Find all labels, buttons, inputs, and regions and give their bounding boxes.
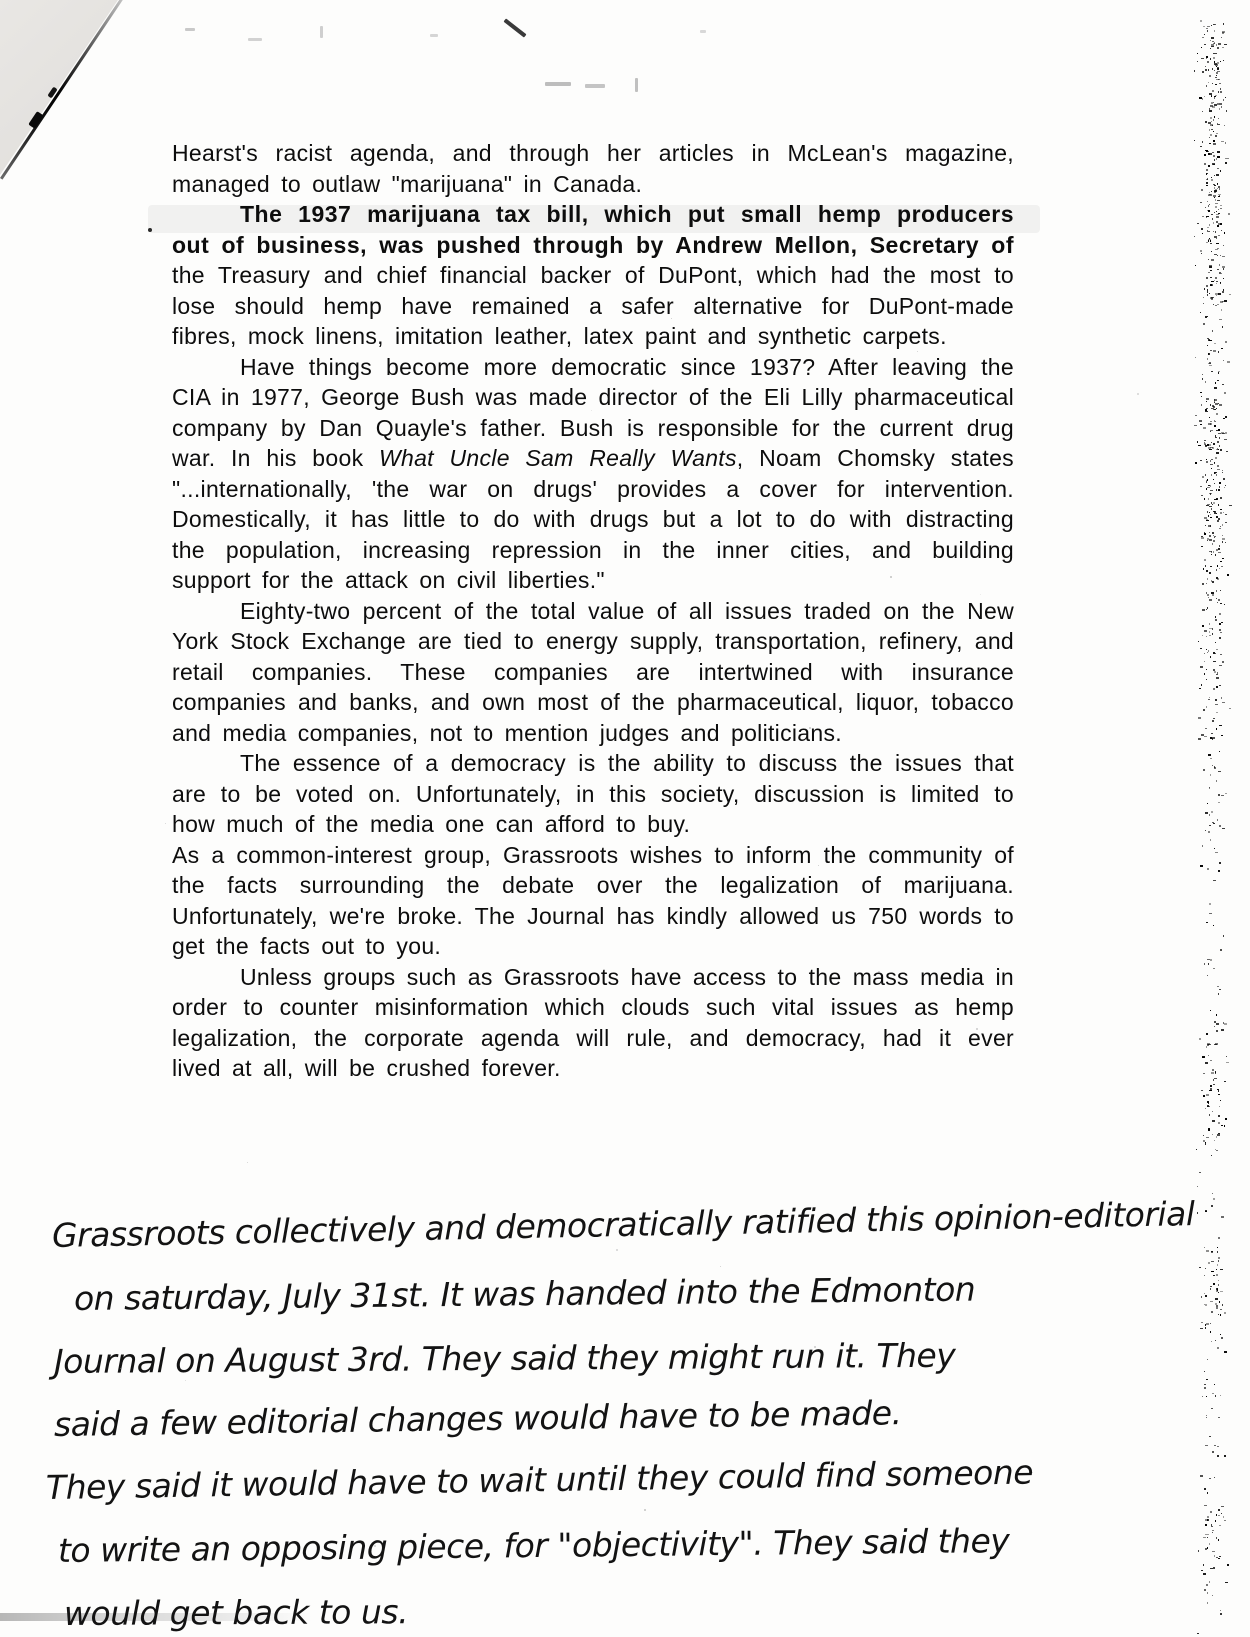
handwritten-line: would get back to us. bbox=[64, 1576, 1206, 1637]
typed-paragraph: The essence of a democracy is the abilit… bbox=[172, 748, 1014, 840]
typed-paragraph: Hearst's racist agenda, and through her … bbox=[172, 138, 1014, 199]
typed-text-segment: What Uncle Sam Really Wants bbox=[379, 445, 737, 471]
scan-dot bbox=[1032, 1472, 1033, 1473]
typed-paragraph: Eighty-two percent of the total value of… bbox=[172, 596, 1014, 749]
scan-dot bbox=[614, 696, 616, 698]
scan-dot bbox=[671, 318, 672, 319]
scan-dot bbox=[814, 1346, 816, 1348]
scan-smudge-mark bbox=[700, 30, 706, 33]
typed-paragraph: The 1937 marijuana tax bill, which put s… bbox=[172, 199, 1014, 352]
typed-text-segment: Hearst's racist agenda, and through her … bbox=[172, 140, 1014, 197]
typed-paragraph: Unless groups such as Grassroots have ac… bbox=[172, 962, 1014, 1084]
scan-smudge-mark bbox=[430, 34, 438, 37]
scan-crease-mark bbox=[504, 18, 527, 37]
scan-dot bbox=[890, 576, 892, 578]
scan-dot bbox=[165, 823, 166, 824]
scan-dot bbox=[976, 1028, 978, 1030]
handwritten-note: Grassroots collectively and democratical… bbox=[46, 1204, 1206, 1637]
typed-document: Hearst's racist agenda, and through her … bbox=[172, 138, 1014, 1084]
scan-smudge-mark bbox=[585, 84, 605, 88]
scan-dot bbox=[917, 351, 918, 352]
scan-dot bbox=[616, 1249, 618, 1251]
scan-dot bbox=[580, 276, 581, 277]
scan-dot bbox=[374, 1545, 376, 1547]
scan-dot bbox=[960, 925, 961, 926]
scanned-page: Hearst's racist agenda, and through her … bbox=[0, 0, 1250, 1637]
typed-text-segment: the Treasury and chief financial backer … bbox=[172, 262, 1014, 349]
scan-dot bbox=[185, 1380, 186, 1381]
scan-smudge-mark bbox=[320, 26, 323, 38]
typed-text-segment: The essence of a democracy is the abilit… bbox=[172, 750, 1014, 837]
scan-dot bbox=[382, 160, 383, 161]
scan-smudge-mark bbox=[545, 82, 571, 86]
scan-dot bbox=[120, 1368, 121, 1369]
scan-dot bbox=[720, 1266, 721, 1267]
scan-dot bbox=[452, 1288, 453, 1289]
handwritten-line: to write an opposing piece, for "objecti… bbox=[58, 1507, 1207, 1582]
scan-dot bbox=[878, 971, 880, 973]
typed-text-segment: The 1937 marijuana tax bill, which put s… bbox=[172, 201, 1014, 258]
scan-dot bbox=[148, 228, 152, 232]
scan-dot bbox=[809, 727, 811, 729]
typed-text-segment: As a common-interest group, Grassroots w… bbox=[172, 842, 1014, 960]
typed-text-segment: Eighty-two percent of the total value of… bbox=[172, 598, 1014, 746]
scan-dot bbox=[247, 1162, 248, 1163]
scan-smudge-mark bbox=[635, 78, 638, 92]
handwritten-line: Grassroots collectively and democratical… bbox=[51, 1182, 1206, 1267]
typed-paragraph: As a common-interest group, Grassroots w… bbox=[172, 840, 1014, 962]
handwritten-line: on saturday, July 31st. It was handed in… bbox=[74, 1255, 1207, 1330]
scan-dot bbox=[818, 865, 819, 866]
scan-dot bbox=[644, 1509, 646, 1511]
scan-dot bbox=[980, 594, 981, 595]
typed-paragraph: Have things become more democratic since… bbox=[172, 352, 1014, 596]
scan-smudge-mark bbox=[248, 38, 262, 41]
typed-text-segment: Unless groups such as Grassroots have ac… bbox=[172, 964, 1014, 1082]
scan-dot bbox=[1137, 393, 1139, 395]
scan-dot bbox=[580, 755, 581, 756]
scan-smudge-mark bbox=[185, 28, 195, 31]
scan-dot bbox=[591, 410, 592, 411]
